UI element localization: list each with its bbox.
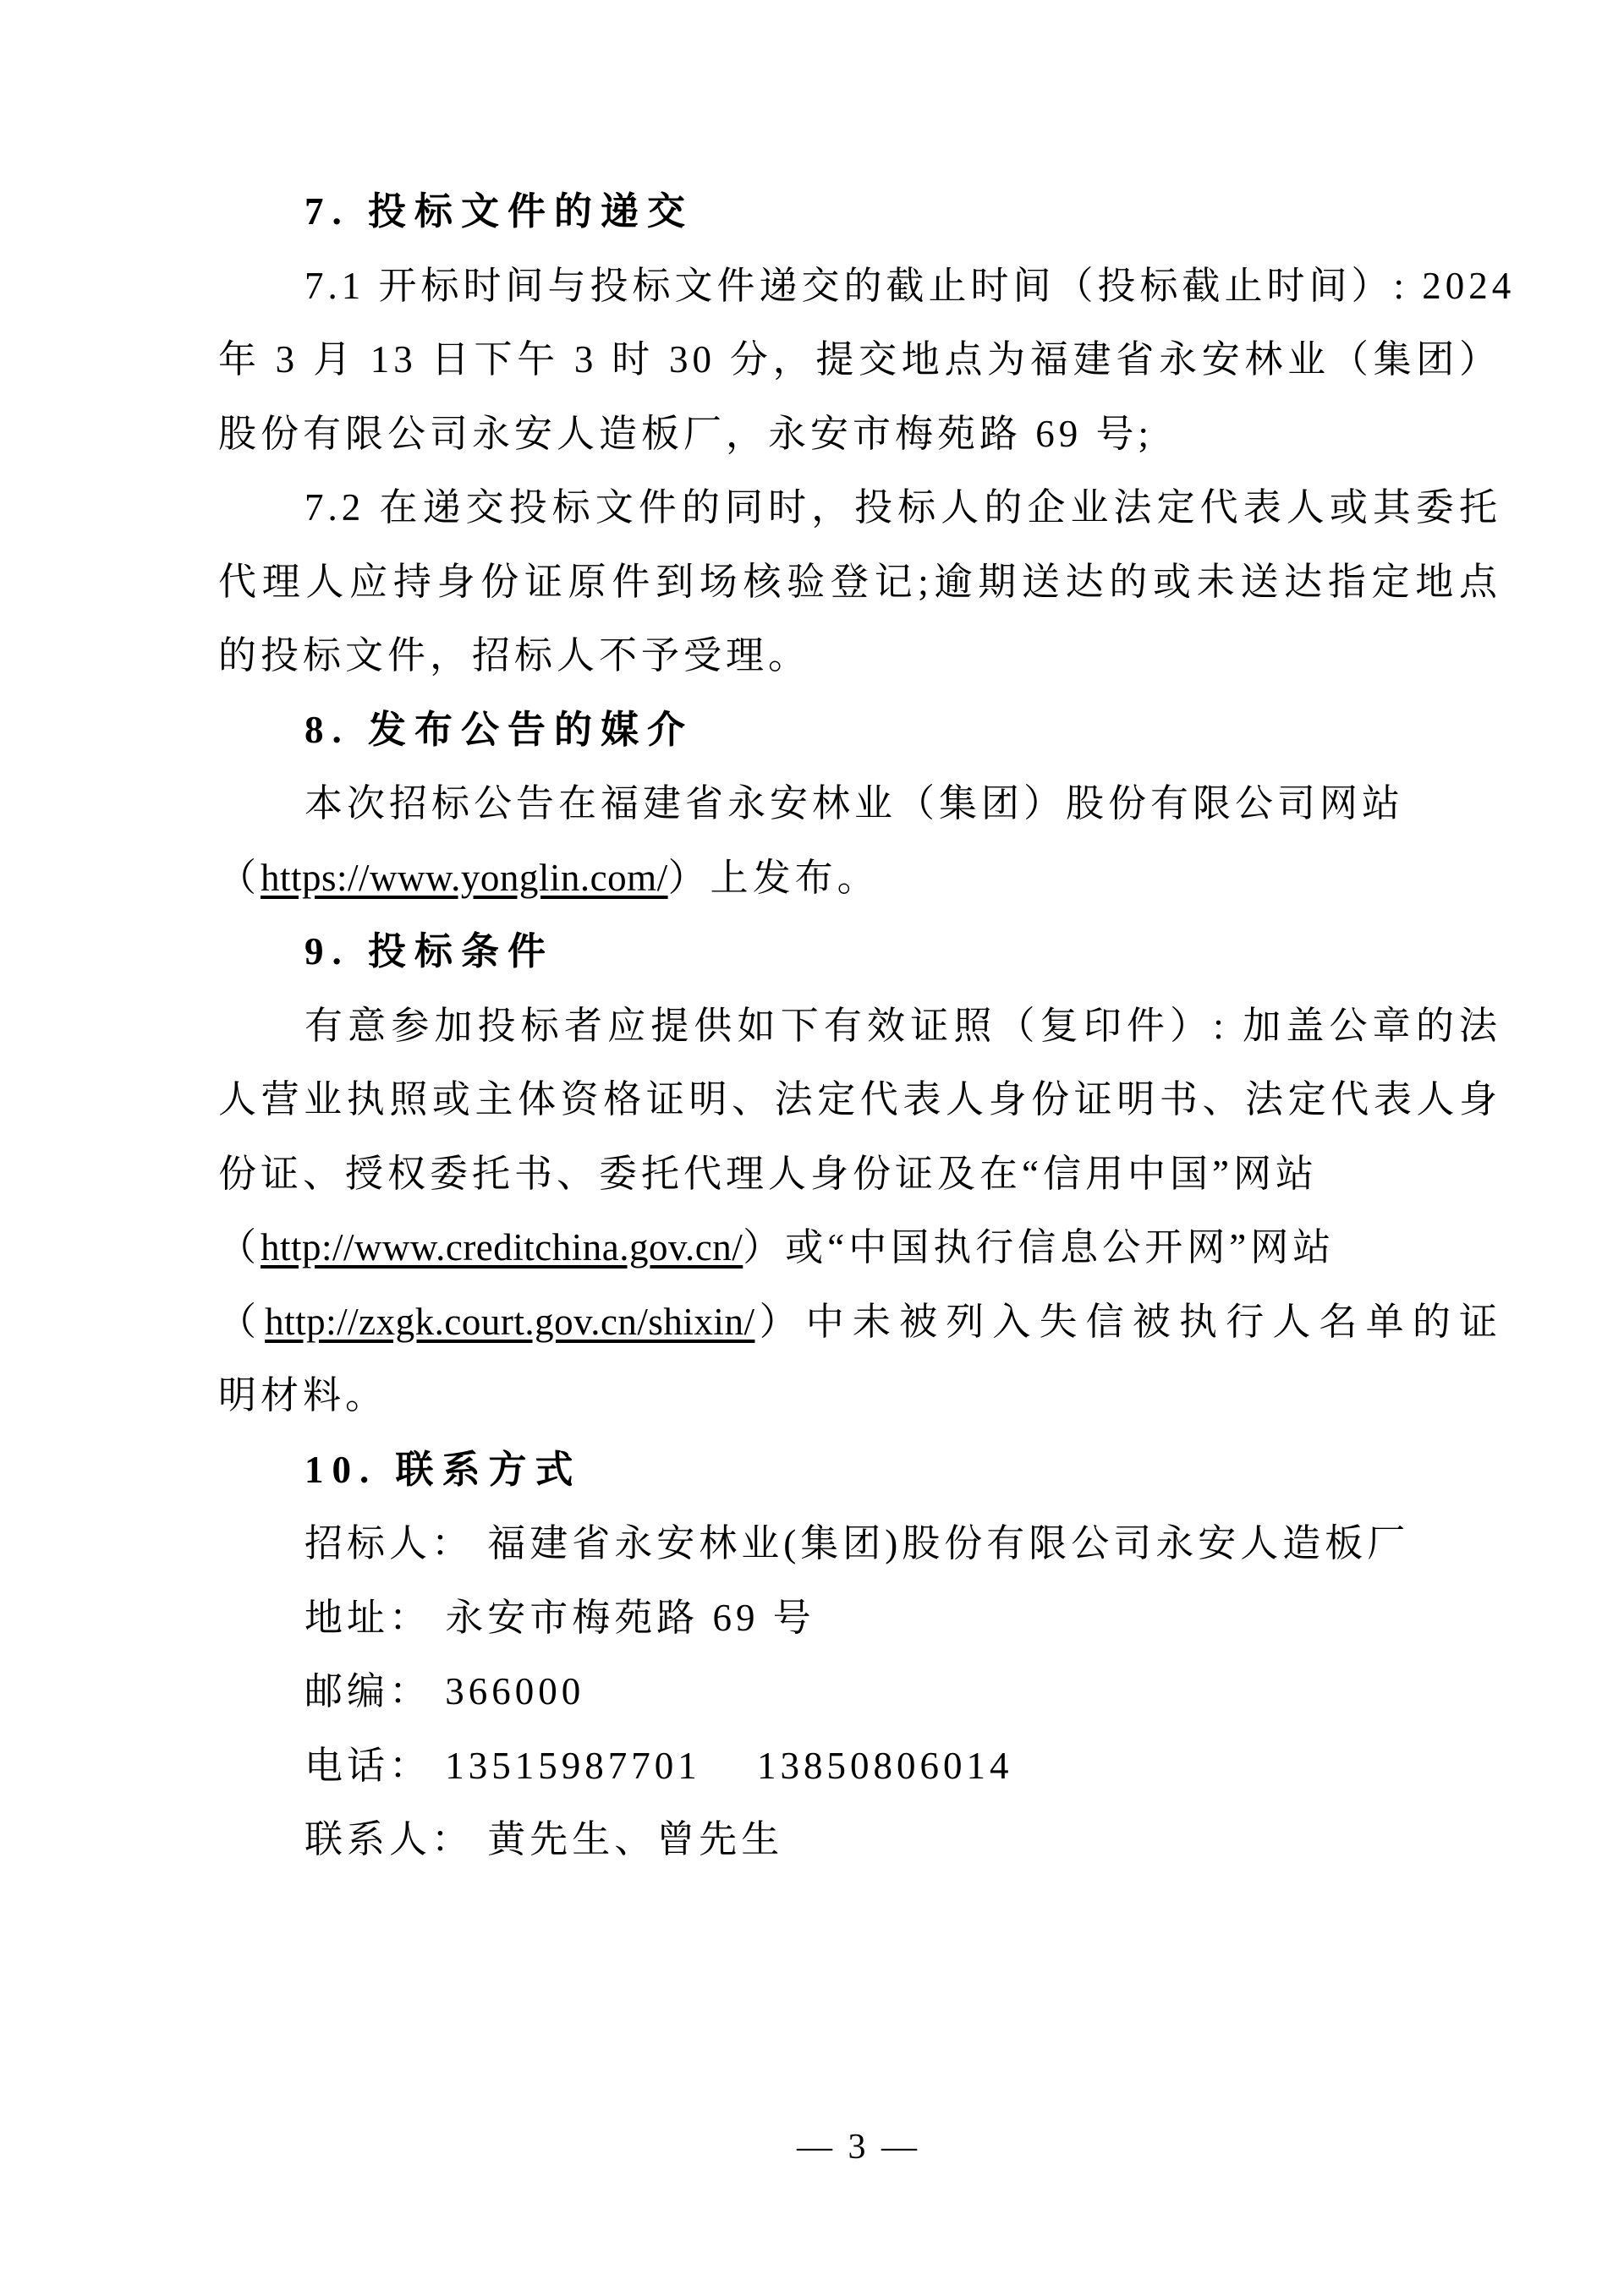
contact-postcode-line: 邮编： 366000: [218, 1655, 1501, 1729]
document-body: 7. 投标文件的递交 7.1 开标时间与投标文件递交的截止时间（投标截止时间）:…: [218, 175, 1501, 1877]
clause-8-heading: 8. 发布公告的媒介: [218, 693, 1501, 768]
clause-7-1-line2: 年 3 月 13 日下午 3 时 30 分，提交地点为福建省永安林业（集团）: [218, 323, 1501, 397]
clause-9-line5: （http://zxgk.court.gov.cn/shixin/）中未被列入失…: [218, 1285, 1501, 1360]
clause-9-line3: 份证、授权委托书、委托代理人身份证及在“信用中国”网站: [218, 1137, 1501, 1212]
open-paren: （: [218, 1301, 265, 1343]
clause-9-line1: 有意参加投标者应提供如下有效证照（复印件）: 加盖公章的法: [218, 989, 1501, 1064]
clause-7-1-line3: 股份有限公司永安人造板厂，永安市梅苑路 69 号;: [218, 397, 1501, 472]
clause-9-line6: 明材料。: [218, 1359, 1501, 1433]
clause-9-heading: 9. 投标条件: [218, 915, 1501, 989]
contact-tenderer-line: 招标人： 福建省永安林业(集团)股份有限公司永安人造板厂: [218, 1507, 1501, 1581]
close-paren-text: ）上发布。: [668, 857, 880, 899]
contact-address-line: 地址： 永安市梅苑路 69 号: [218, 1581, 1501, 1656]
clause-7-heading: 7. 投标文件的递交: [218, 175, 1501, 249]
contact-phone-line: 电话： 13515987701 13850806014: [218, 1729, 1501, 1804]
clause-7-2-line3: 的投标文件，招标人不予受理。: [218, 619, 1501, 693]
yonglin-website-link[interactable]: https://www.yonglin.com/: [261, 857, 668, 899]
clause-9-line2: 人营业执照或主体资格证明、法定代表人身份证明书、法定代表人身: [218, 1063, 1501, 1137]
close-paren-text: ）或“中国执行信息公开网”网站: [743, 1226, 1335, 1269]
close-paren-text: ）中未被列入失信被执行人名单的证: [754, 1301, 1501, 1343]
page-number: — 3 —: [0, 2127, 1624, 2167]
open-paren: （: [218, 857, 261, 899]
clause-7-2-line1: 7.2 在递交投标文件的同时，投标人的企业法定代表人或其委托: [218, 471, 1501, 545]
clause-7-1-line1: 7.1 开标时间与投标文件递交的截止时间（投标截止时间）: 2024: [218, 249, 1501, 324]
contact-person-line: 联系人： 黄先生、曾先生: [218, 1803, 1501, 1877]
open-paren: （: [218, 1226, 261, 1269]
clause-9-line4: （http://www.creditchina.gov.cn/）或“中国执行信息…: [218, 1211, 1501, 1285]
clause-7-2-line2: 代理人应持身份证原件到场核验登记;逾期送达的或未送达指定地点: [218, 545, 1501, 620]
document-page: 7. 投标文件的递交 7.1 开标时间与投标文件递交的截止时间（投标截止时间）:…: [0, 0, 1624, 2296]
creditchina-website-link[interactable]: http://www.creditchina.gov.cn/: [261, 1226, 743, 1269]
zxgk-court-website-link[interactable]: http://zxgk.court.gov.cn/shixin/: [265, 1301, 754, 1343]
clause-10-heading: 10. 联系方式: [218, 1433, 1501, 1508]
clause-8-line1: 本次招标公告在福建省永安林业（集团）股份有限公司网站: [218, 767, 1501, 841]
clause-8-line2: （https://www.yonglin.com/）上发布。: [218, 841, 1501, 916]
